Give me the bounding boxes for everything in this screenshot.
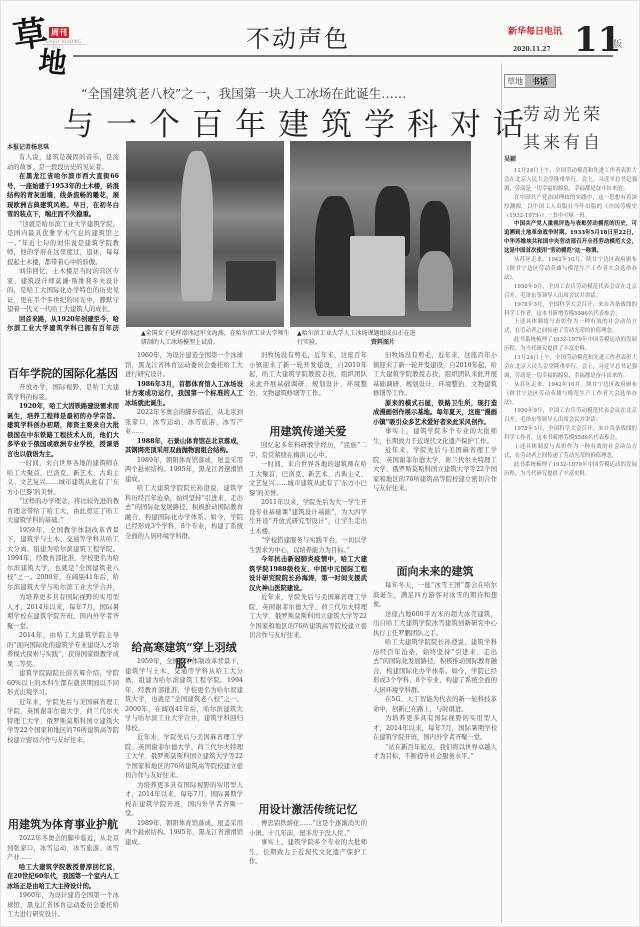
paragraph: “学校搭建服务与实践平台，一切以学生需求为中心，以培养能力为目标。” — [249, 536, 367, 555]
sidebar-title-line2: 其来有自 — [523, 129, 603, 157]
photo-credit: 资料图片 — [371, 338, 395, 347]
article-column-2b: 1959年，全国教学体制改革背景下，建筑学与土木、交通等学科从哈工大分离，组建为… — [125, 657, 243, 922]
photo1-caption: ▲全国女子花样滑冰冠军文海燕，在哈尔滨工业大学师生研制的人工冰场模型上试滑。 — [141, 329, 291, 347]
paragraph: 近年来，学院先后与美国麻省理工学院、英国谢菲尔德大学、荷兰代尔夫特理工大学、俄罗… — [373, 446, 497, 494]
article-column-1c: 为培养更多具有国际视野的实用型人才，2014年以来，每年7月，国际暑期学校在建筑… — [7, 593, 119, 801]
article-column-1b: 开放办学，国际视野，是哈工大建筑学科的标签。 1920年，哈工大因铁路建设需求而… — [7, 383, 119, 591]
paragraph: 傅忠铝铁熔化……“这是个逐渐消失的小镇。十几年前，屋多房子没人住。” — [249, 819, 367, 838]
paragraph: 此书系统梳理了1932-1979年中国劳模运动的发展历程，为当代研究提供了丰富史… — [504, 336, 637, 354]
photo-figure-skater — [126, 141, 284, 327]
paragraph: 1960年，为设计建造全国第一个冰球馆，黑龙江省体育运动委员会委托哈工大进行研究… — [125, 351, 243, 380]
article-column-2: 1960年，为设计建造全国第一个冰球馆，黑龙江省体育运动委员会委托哈工大进行研究… — [125, 351, 243, 636]
article-column-3b: 回忆起多年科研教学经历，“民族”二字，常常萦绕在梅洪元心中。 一时间，来自世界各… — [249, 441, 367, 796]
paragraph: 今年抗击新冠肺炎疫情中，哈工大建筑学院1988级校友、中国中元国际工程设计研究院… — [249, 555, 367, 593]
page-suffix: 版 — [613, 37, 622, 50]
paragraph: 开放办学，国际视野，是哈工大建筑学科的标签。 — [7, 383, 119, 402]
table-shape — [226, 261, 276, 301]
paragraph: 事实上，建筑学院多个专业的大批师生，长期致力于近现代文化遗产保护工作。 — [373, 427, 497, 446]
paper-name: 新华每日电讯 — [508, 24, 562, 37]
paragraph: 原来的模式石屋，铁路卫生所，现打造成漫画创作展示基地。每年夏天，这座“漫画小镇”… — [373, 399, 497, 428]
skater-figure — [181, 151, 213, 301]
subhead-sports: 用建筑为体育事业护航 — [7, 816, 119, 832]
paragraph: 1959年，全国教学体制改革背景下，建筑学与土木、交通等学科从哈工大分离，组建为… — [125, 657, 243, 733]
subhead-care: 用建筑传递关爱 — [249, 423, 367, 439]
paragraph: 2022年冬奥会的脚步临近，从北京到张家口，冰雪运动、冰雪旅游、冰雪产业…… — [125, 408, 243, 437]
weekly-badge: 周刊 — [49, 27, 69, 38]
lab-table — [350, 236, 405, 316]
column-divider — [501, 63, 502, 923]
paragraph: 在5G、人工智能为代表的新一轮科技革命中，创新已在路上，与时俱进。 — [373, 695, 497, 714]
article-column-4b: 每年冬天，一座“冰雪王国”都会在哈尔滨诞生，满足四方游客对冰雪的期待和想象。 这… — [373, 581, 497, 922]
article-column-1d: 2022年冬奥会的脚步临近，从北京到张家口，冰雪运动、冰雪旅游、冰雪产业…… 哈… — [7, 834, 119, 922]
paragraph: 1986年3月，首都体育馆人工冰场设计方案成功运行，我国第一个标准的人工冰场就此… — [125, 380, 243, 409]
issue-date: 2020.11.27 — [513, 46, 551, 53]
paragraph: 近年来，学院先后与美国麻省理工学院、英国谢菲尔德大学、荷兰代尔夫特理工大学、俄罗… — [125, 733, 243, 781]
sidebar-body: 11月24日上午，全国劳动模范和先进工作者表彰大会在北京人民大会堂隆重举行。会上… — [504, 167, 637, 917]
paragraph: 近年来，学院先后与美国麻省理工学院、英国谢菲尔德大学、荷兰代尔夫特理工大学、俄罗… — [7, 698, 119, 746]
paragraph: 上述具体制度与表彰作为一种有效的社会动员方式，在劳动者之间传递了劳动光荣的价值理… — [504, 443, 637, 461]
paragraph: 旧牧场没有剪毛，近年来，这座百年小镇迎来了新一轮开发建设，自2010年起，哈工大… — [249, 351, 367, 399]
paragraph: 哈工大建筑学院教授曾淳回忆说，在20世纪60年代，我国第一个室内人工冰场正是由哈… — [7, 863, 119, 892]
masthead-divider-right — [307, 55, 613, 57]
paragraph: 旧牧场没有剪毛，近年来，这座百年小镇迎来了新一轮开发建设，自2010年起，哈工大… — [373, 351, 497, 399]
paragraph: 每年冬天，一座“冰雪王国”都会在哈尔滨诞生，满足四方游客对冰雪的期待和想象。 — [373, 581, 497, 610]
paragraph: 1989年，朝阳体育馆落成，屋盖采用两个悬索结构。1995年，黑龙江省速滑馆建成… — [125, 456, 243, 485]
tag-label: 书话 — [525, 75, 555, 87]
newspaper-page: 草 地 周刊 LIVELY READING 一草一木皆文章 不动声色 新华每日电… — [0, 0, 640, 927]
paragraph: 1920年，哈工大因铁路建设需求而诞生，培养工程师是最初的办学宗旨。建筑学科创办… — [7, 402, 119, 459]
paragraph: 刘伟回忆，土木楼是当时的营区专家、建筑设计师莫谦·斯维利多夫设计的，是哈工大国际… — [7, 267, 119, 315]
paragraph: 回首来路，从1920年创建至今，哈尔滨工业大学建筑学科已拥有百年历史，是我国最早… — [7, 315, 119, 334]
paragraph: 1950年9月，全国工农兵劳动模范代表会议在北京召开。毛泽东等领导人出席会议并讲… — [504, 407, 637, 425]
paragraph: 为培养更多具有国际视野的实用型人才，2014年以来，每年7月，国际暑期学校在建筑… — [373, 714, 497, 743]
paragraph: 1978年3月，全国科学大会召开，来自各条战线的科学工作者，这本书新增劳模558… — [504, 301, 637, 319]
paragraph: 此书系统梳理了1932-1979年中国劳模运动的发展历程，为当代研究提供了丰富史… — [504, 461, 637, 479]
paragraph: 有人说，建筑是凝固的音乐，是流动的故事，是一段段历史的见证者。 — [7, 153, 119, 172]
paragraph: 为培养更多具有国际视野的实用型人才，2014年以来，每年7月，国际暑期学校在建筑… — [125, 781, 243, 819]
paragraph: 1989年，朝阳体育馆落成，屋盖采用两个悬索结构。1995年，黑龙江省速滑馆建成… — [125, 819, 243, 848]
paragraph: 回忆起多年科研教学经历，“民族”二字，常常萦绕在梅洪元心中。 — [249, 441, 367, 460]
paragraph: 哈工大建筑学院院长孙澄说，建筑学科历经百年沧桑，始终坚持“引进来、走出去”的国际… — [125, 484, 243, 541]
paragraph: 2014年，由哈工大建筑学院主导的“面向国际化的建筑学专业建设人才培养模式探索与… — [7, 631, 119, 669]
paragraph: 1978年3月，全国科学大会召开，来自各条战线的科学工作者，这本书新增劳模558… — [504, 425, 637, 443]
paragraph: 近年来，学院先后与美国麻省理工学院、英国谢菲尔德大学、荷兰代尔夫特理工大学、俄罗… — [249, 593, 367, 641]
section-tag: 草地 书话 — [504, 74, 556, 88]
researcher-figure — [315, 196, 355, 316]
paragraph: 中国共产党人重视评选与表彰劳动模范的历史，可追溯到土地革命战争时期。1933年5… — [504, 220, 637, 256]
paragraph: 1950年9月，全国工农兵劳动模范代表会议在北京召开。毛泽东等领导人出席会议并讲… — [504, 283, 637, 301]
paragraph: “这就是哈尔滨工业大学建筑学院，是国内最具优雅学术气息的建筑馆之一。”年近七旬的… — [7, 220, 119, 268]
paragraph: 1960年，为设计建造全国第一个冰球馆，黑龙江省体育运动委员会委托哈工大进行研究… — [7, 891, 119, 920]
paragraph: 在黑龙江省哈尔滨市西大直街66号，一座始建于1953年的土木楼，砖混结构的青灰面… — [7, 172, 119, 220]
sidebar-author: 吴颖 — [504, 154, 516, 163]
paragraph: 事实上，建筑学院多个专业的大批师生，长期致力于近现代文化遗产保护工作。 — [249, 838, 367, 867]
paragraph: 1988年，石景山体育馆在北京落成，其钢网壳顶采用双曲抛物面组合结构。 — [125, 437, 243, 456]
subhead-future: 面向未来的建筑 — [373, 563, 497, 579]
paragraph: 1959年，全国教学体制改革背景下，建筑学与土木、交通等学科从哈工大分离，组建为… — [7, 526, 119, 592]
paragraph: 从苏区走来，1942年10月，陕甘宁边区政府颁布《陕甘宁边区劳动英雄与模范生产工… — [504, 256, 637, 283]
sidebar-title-line1: 劳动光荣 — [523, 101, 603, 129]
paragraph: 2022年冬奥会的脚步临近，从北京到张家口，冰雪运动、冰雪旅游、冰雪产业…… — [7, 834, 119, 863]
article-column-1: 有人说，建筑是凝固的音乐，是流动的故事，是一段段历史的见证者。 在黑龙江省哈尔滨… — [7, 153, 119, 333]
paragraph: 一时间，来自世界各地的建筑师在哈工大聚首，巴洛克、新艺术、古典主义、文艺复兴……… — [7, 459, 119, 497]
article-headline: 与一个百年建筑学科对话 — [63, 99, 536, 144]
subhead-international: 百年学院的国际化基因 — [7, 365, 119, 381]
paragraph: 一时间，来自世界各地的建筑师在哈工大聚首，巴洛克、新艺术、古典主义、文艺复兴……… — [249, 460, 367, 498]
section-title: 不动声色 — [246, 19, 350, 54]
paragraph: 从苏区走来，1942年10月，陕甘宁边区政府颁布《陕甘宁边区劳动英雄与模范生产工… — [504, 381, 637, 408]
paragraph: 这座占地600平方米的超大冰壳建筑，出自哈工大建筑学院冰雪建筑创新研究中心执行主… — [373, 610, 497, 639]
paragraph: 2011年以来，学院先后为大一学生开设专业基础课“建筑设计基础”，为大四学生开设… — [249, 498, 367, 536]
masthead-subtitle-cn: 一草一木皆文章 — [43, 44, 85, 49]
paragraph: 11月24日上午，全国劳动模范和先进工作者表彰大会在北京人民大会堂隆重举行。会上… — [504, 354, 637, 381]
paragraph: 在中国共产党治国理政的实践中，这一思想有着深厚渊源。以中国工人出版社今年出版的《… — [504, 194, 637, 221]
paragraph: “这样的办学理念，将比较先进的教育理念带给了哈工大，由此奠定了哈工大建筑学科的基… — [7, 497, 119, 526]
photo2-caption: ▲哈尔滨工业大学人工冰场课题组成员正在进行实验。 — [297, 329, 417, 347]
paragraph: 上述具体制度与表彰作为一种有效的社会动员方式，在劳动者之间传递了劳动光荣的价值理… — [504, 318, 637, 336]
subhead-tradition: 用设计激活传统记忆 — [249, 801, 367, 817]
article-column-3: 旧牧场没有剪毛，近年来，这座百年小镇迎来了新一轮开发建设，自2010年起，哈工大… — [249, 351, 367, 419]
paragraph: 哈工大建筑学院院长孙澄说，建筑学科历经百年沧桑，始终坚持“引进来、走出去”的国际… — [373, 638, 497, 695]
article-column-3c: 傅忠铝铁熔化……“这是个逐渐消失的小镇。十几年前，屋多房子没人住。” 事实上，建… — [249, 819, 367, 922]
article-column-4: 旧牧场没有剪毛，近年来，这座百年小镇迎来了新一轮开发建设，自2010年起，哈工大… — [373, 351, 497, 551]
paragraph: “站在新百年起点，我们将以世界卓越人才为目标，不断提升社会服务水平。” — [373, 743, 497, 762]
photo-research-team — [290, 141, 471, 327]
paragraph: 11月24日上午，全国劳动模范和先进工作者表彰大会在北京人民大会堂隆重举行。会上… — [504, 167, 637, 194]
sidebar-title: 劳动光荣 其来有自 — [523, 101, 603, 157]
researcher-figure — [418, 251, 453, 311]
article-byline: 本报记者杨思琪 — [7, 142, 49, 151]
paragraph: 建筑学院副院长薛名辉介绍，学院60%以上的本科生都在就读期间以不同形式出境学习。 — [7, 669, 119, 698]
tag-logo: 草地 — [507, 76, 523, 87]
masthead-divider — [73, 55, 307, 57]
paragraph: 为培养更多具有国际视野的实用型人才，2014年以来，每年7月，国际暑期学校在建筑… — [7, 593, 119, 631]
